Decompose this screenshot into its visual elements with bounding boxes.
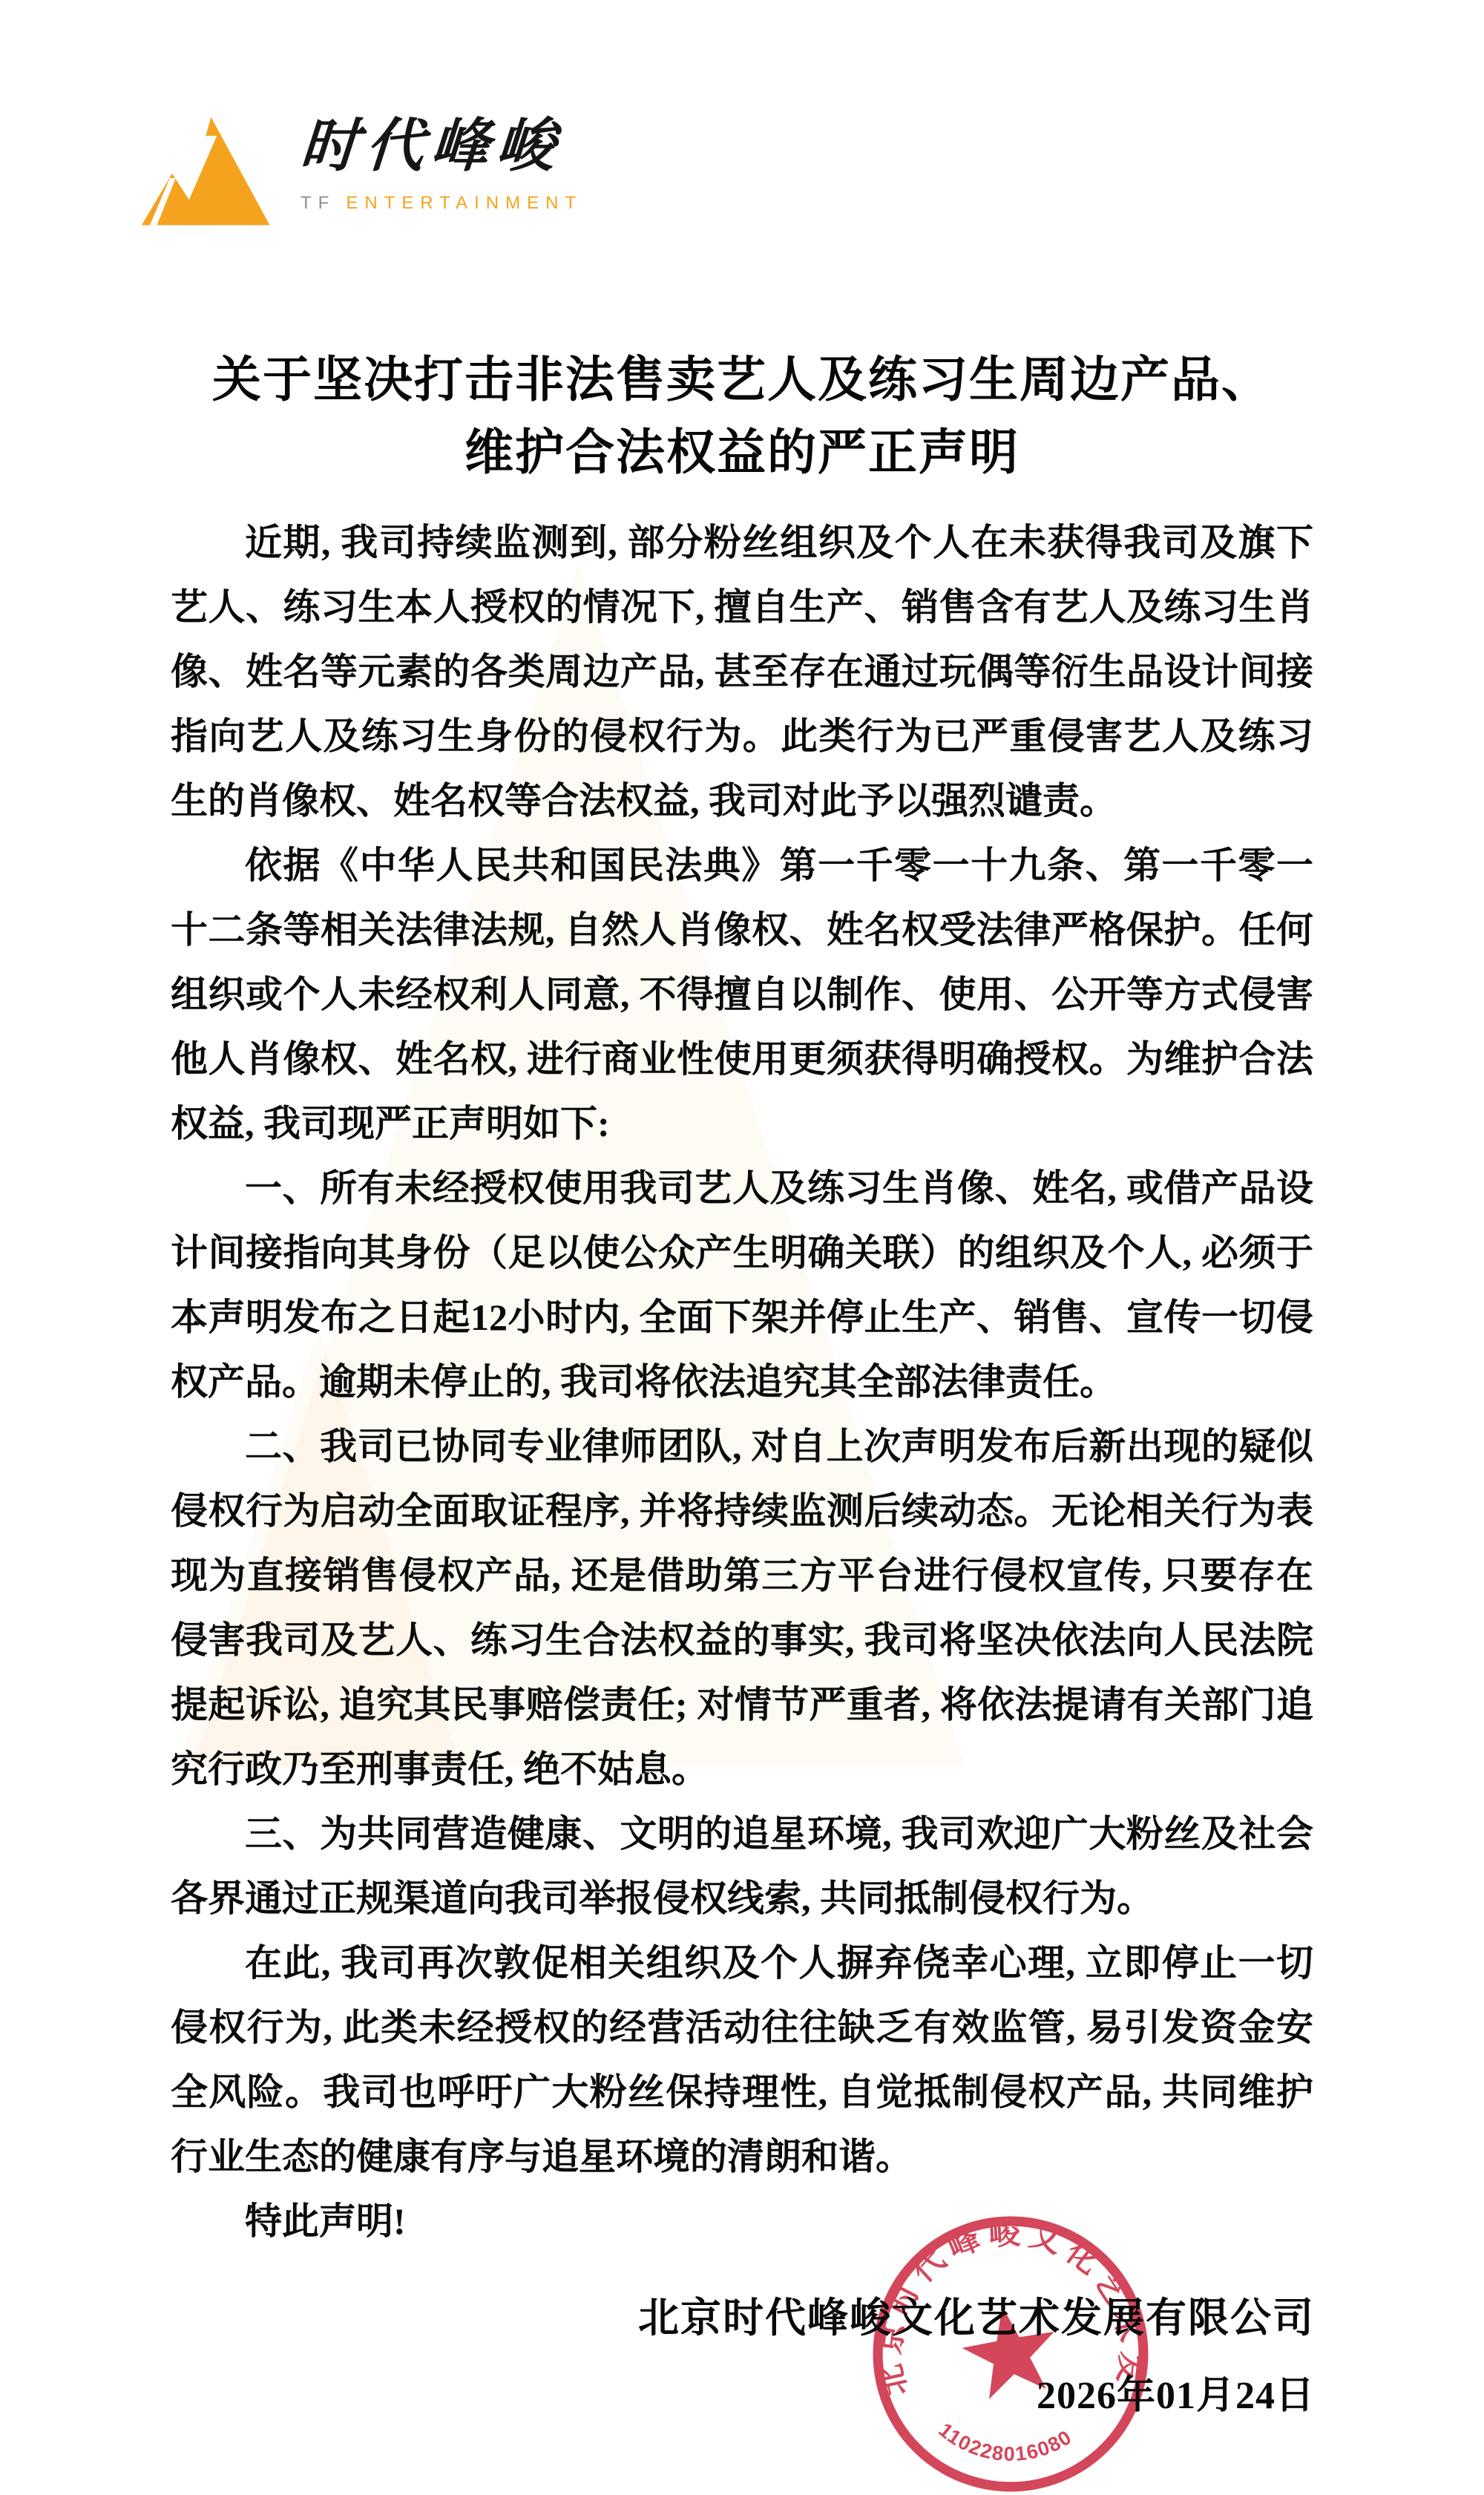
statement-title: 关于坚决打击非法售卖艺人及练习生周边产品、 维护合法权益的严正声明: [0, 343, 1484, 488]
seal-serial-number: 110228016080: [934, 2418, 1074, 2465]
signature-company-name: 北京时代峰峻文化艺术发展有限公司: [638, 2298, 1315, 2338]
paragraph-intro: 近期, 我司持续监测到, 部分粉丝组织及个人在未获得我司及旗下艺人、练习生本人授…: [171, 511, 1313, 833]
signature-block: 北京时代峰峻文化艺术发展有限公司 2026年01月24日: [638, 2298, 1315, 2416]
paragraph-item-2: 二、我司已协同专业律师团队, 对自上次声明发布后新出现的疑似侵权行为启动全面取证…: [171, 1414, 1313, 1802]
statement-title-line2: 维护合法权益的严正声明: [0, 416, 1484, 488]
statement-body: 近期, 我司持续监测到, 部分粉丝组织及个人在未获得我司及旗下艺人、练习生本人授…: [171, 511, 1313, 2254]
statement-title-line1: 关于坚决打击非法售卖艺人及练习生周边产品、: [0, 343, 1484, 416]
brand-name-chinese: 时代峰峻: [298, 117, 585, 175]
statement-document: 时代峰峻 TFENTERTAINMENT 关于坚决打击非法售卖艺人及练习生周边产…: [0, 0, 1484, 2495]
brand-entertainment-label: ENTERTAINMENT: [346, 193, 582, 213]
paragraph-item-1: 一、所有未经授权使用我司艺人及练习生肖像、姓名, 或借产品设计间接指向其身份（足…: [171, 1156, 1313, 1414]
seal-serial-container: 110228016080: [934, 2418, 1074, 2465]
company-logo: 时代峰峻 TFENTERTAINMENT: [136, 110, 582, 232]
signature-date: 2026年01月24日: [638, 2377, 1315, 2416]
brand-name-english: TFENTERTAINMENT: [301, 194, 582, 212]
tf-triangle-logo-icon: [136, 110, 277, 232]
logo-text-block: 时代峰峻 TFENTERTAINMENT: [301, 110, 582, 212]
paragraph-appeal: 在此, 我司再次敦促相关组织及个人摒弃侥幸心理, 立即停止一切侵权行为, 此类未…: [171, 1931, 1313, 2189]
brand-tf-label: TF: [301, 193, 335, 213]
paragraph-item-3: 三、为共同营造健康、文明的追星环境, 我司欢迎广大粉丝及社会各界通过正规渠道向我…: [171, 1802, 1313, 1931]
paragraph-legal-basis: 依据《中华人民共和国民法典》第一千零一十九条、第一千零一十二条等相关法律法规, …: [171, 833, 1313, 1156]
